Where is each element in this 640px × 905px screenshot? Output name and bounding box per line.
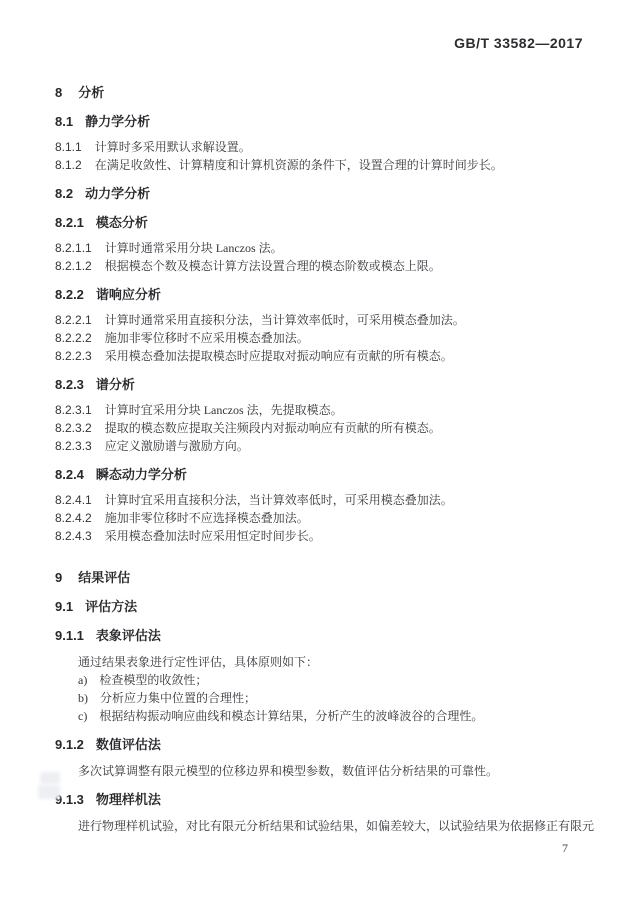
clause-8.2.4.3: 8.2.4.3采用模态叠加法时应采用恒定时间步长。	[55, 527, 590, 545]
line-text: 应定义激励谱与激励方向。	[105, 439, 249, 453]
line-number: 8.2.4.3	[55, 527, 92, 545]
clause-8.2.2.2: 8.2.2.2施加非零位移时不应采用模态叠加法。	[55, 329, 590, 347]
line-number: 8.2.2	[55, 286, 84, 304]
line-text: 瞬态动力学分析	[96, 467, 187, 482]
clause-8.1.1: 8.1.1计算时多采用默认求解设置。	[55, 138, 590, 156]
section-8.1: 8.1静力学分析	[55, 113, 590, 131]
clause-8.2.1.1: 8.2.1.1计算时通常采用分块 Lanczos 法。	[55, 239, 590, 257]
section-9.1.1: 9.1.1表象评估法	[55, 627, 590, 645]
line-number: b)	[78, 689, 88, 707]
clause-8.2.1.2: 8.2.1.2根据模态个数及模态计算方法设置合理的模态阶数或模态上限。	[55, 257, 590, 275]
page-number: 7	[562, 841, 568, 856]
line-text: 施加非零位移时不应选择模态叠加法。	[105, 511, 309, 525]
line-number: 8.2.3.2	[55, 419, 92, 437]
line-text: 分析	[78, 85, 104, 100]
line-number: 9.1.1	[55, 627, 84, 645]
line-text: 计算时通常采用直接积分法，当计算效率低时，可采用模态叠加法。	[105, 313, 465, 327]
para-23: 通过结果表象进行定性评估，具体原则如下：	[55, 653, 590, 671]
line-number: 9.1.2	[55, 736, 84, 754]
section-8.2.4: 8.2.4瞬态动力学分析	[55, 466, 590, 484]
line-number: 8.2.1.1	[55, 239, 92, 257]
line-number: 8.2.4.1	[55, 491, 92, 509]
document-page: GB/T 33582—2017 8分析8.1静力学分析8.1.1计算时多采用默认…	[0, 0, 640, 905]
line-text: 通过结果表象进行定性评估，具体原则如下：	[78, 655, 318, 669]
section-8.2: 8.2动力学分析	[55, 185, 590, 203]
line-text: 模态分析	[96, 215, 148, 230]
line-number: 8.2.2.3	[55, 347, 92, 365]
line-text: 计算时宜采用分块 Lanczos 法，先提取模态。	[105, 403, 343, 417]
clause-8.2.4.2: 8.2.4.2施加非零位移时不应选择模态叠加法。	[55, 509, 590, 527]
list-a): a)检查模型的收敛性；	[55, 671, 590, 689]
line-text: 施加非零位移时不应采用模态叠加法。	[105, 331, 309, 345]
line-text: 计算时通常采用分块 Lanczos 法。	[105, 241, 283, 255]
line-text: 物理样机法	[96, 792, 161, 807]
chapter-9: 9结果评估	[55, 569, 590, 587]
clause-8.2.2.1: 8.2.2.1计算时通常采用直接积分法，当计算效率低时，可采用模态叠加法。	[55, 311, 590, 329]
clause-8.2.3.3: 8.2.3.3应定义激励谱与激励方向。	[55, 437, 590, 455]
line-number: a)	[78, 671, 87, 689]
line-number: 8.1	[55, 113, 73, 131]
line-text: 检查模型的收敛性；	[99, 673, 207, 687]
line-text: 静力学分析	[85, 114, 150, 129]
section-8.2.2: 8.2.2谐响应分析	[55, 286, 590, 304]
line-number: 9.1.3	[55, 791, 84, 809]
line-text: 动力学分析	[85, 186, 150, 201]
line-text: 根据结构振动响应曲线和模态计算结果，分析产生的波峰波谷的合理性。	[99, 709, 483, 723]
line-text: 提取的模态数应提取关注频段内对振动响应有贡献的所有模态。	[105, 421, 441, 435]
line-number: 8.2.2.2	[55, 329, 92, 347]
line-text: 采用模态叠加法时应采用恒定时间步长。	[105, 529, 321, 543]
line-text: 表象评估法	[96, 628, 161, 643]
line-number: 8.2.2.1	[55, 311, 92, 329]
line-number: 9.1	[55, 598, 73, 616]
line-number: 8.2.4.2	[55, 509, 92, 527]
line-number: 8.2	[55, 185, 73, 203]
document-body: 8分析8.1静力学分析8.1.1计算时多采用默认求解设置。8.1.2在满足收敛性…	[55, 0, 590, 835]
line-number: 8.1.1	[55, 138, 82, 156]
section-8.2.1: 8.2.1模态分析	[55, 214, 590, 232]
line-text: 数值评估法	[96, 737, 161, 752]
line-number: 9	[55, 569, 62, 587]
line-text: 谐响应分析	[96, 287, 161, 302]
section-9.1.2: 9.1.2数值评估法	[55, 736, 590, 754]
section-8.2.3: 8.2.3谱分析	[55, 376, 590, 394]
para-30: 进行物理样机试验，对比有限元分析结果和试验结果，如偏差较大，以试验结果为依据修正…	[55, 817, 590, 835]
line-number: 8	[55, 84, 62, 102]
list-c): c)根据结构振动响应曲线和模态计算结果，分析产生的波峰波谷的合理性。	[55, 707, 590, 725]
line-number: 8.2.1.2	[55, 257, 92, 275]
clause-8.2.2.3: 8.2.2.3采用模态叠加法提取模态时应提取对振动响应有贡献的所有模态。	[55, 347, 590, 365]
clause-8.2.4.1: 8.2.4.1计算时宜采用直接积分法，当计算效率低时，可采用模态叠加法。	[55, 491, 590, 509]
line-text: 采用模态叠加法提取模态时应提取对振动响应有贡献的所有模态。	[105, 349, 453, 363]
chapter-8: 8分析	[55, 84, 590, 102]
clause-8.1.2: 8.1.2在满足收敛性、计算精度和计算机资源的条件下，设置合理的计算时间步长。	[55, 156, 590, 174]
line-text: 在满足收敛性、计算精度和计算机资源的条件下，设置合理的计算时间步长。	[95, 158, 503, 172]
line-number: c)	[78, 707, 87, 725]
line-text: 根据模态个数及模态计算方法设置合理的模态阶数或模态上限。	[105, 259, 441, 273]
line-number: 8.2.3.1	[55, 401, 92, 419]
line-text: 谱分析	[96, 377, 135, 392]
line-text: 计算时多采用默认求解设置。	[95, 140, 251, 154]
line-number: 8.1.2	[55, 156, 82, 174]
para-28: 多次试算调整有限元模型的位移边界和模型参数，数值评估分析结果的可靠性。	[55, 762, 590, 780]
line-text: 多次试算调整有限元模型的位移边界和模型参数，数值评估分析结果的可靠性。	[78, 764, 498, 778]
line-number: 8.2.4	[55, 466, 84, 484]
line-text: 评估方法	[85, 599, 137, 614]
clause-8.2.3.2: 8.2.3.2提取的模态数应提取关注频段内对振动响应有贡献的所有模态。	[55, 419, 590, 437]
section-9.1.3: 9.1.3物理样机法	[55, 791, 590, 809]
line-number: 8.2.3	[55, 376, 84, 394]
line-text: 结果评估	[78, 570, 130, 585]
line-text: 计算时宜采用直接积分法，当计算效率低时，可采用模态叠加法。	[105, 493, 453, 507]
section-9.1: 9.1评估方法	[55, 598, 590, 616]
line-number: 8.2.1	[55, 214, 84, 232]
line-text: 进行物理样机试验，对比有限元分析结果和试验结果，如偏差较大，以试验结果为依据修正…	[78, 819, 594, 833]
list-b): b)分析应力集中位置的合理性；	[55, 689, 590, 707]
line-text: 分析应力集中位置的合理性；	[100, 691, 256, 705]
line-number: 8.2.3.3	[55, 437, 92, 455]
clause-8.2.3.1: 8.2.3.1计算时宜采用分块 Lanczos 法，先提取模态。	[55, 401, 590, 419]
